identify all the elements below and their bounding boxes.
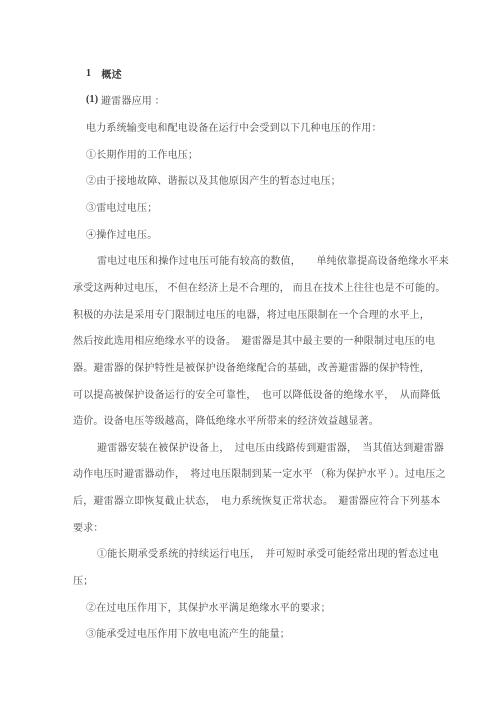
text-line: 承受这两种过电压， 不但在经济上是不合理的， 而且在技术上往往也是不可能的。 bbox=[73, 273, 443, 300]
text-line: 1 概述 bbox=[73, 60, 443, 87]
text-line: 器。避雷器的保护特性是被保护设备绝缘配合的基础，改善避雷器的保护特性， bbox=[73, 353, 443, 380]
text-line: 然后按此选用相应绝缘水平的设备。 避雷器是其中最主要的一种限制过电压的电 bbox=[73, 326, 443, 353]
line-number-prefix: (1) bbox=[86, 94, 98, 105]
text-line: ①长期作用的工作电压； bbox=[73, 140, 443, 167]
text-line: ②由于接地故障、谐振以及其他原因产生的暂态过电压； bbox=[73, 167, 443, 194]
text-line: (1) 避雷器应用 ： bbox=[73, 87, 443, 114]
text-line: 压； bbox=[73, 566, 443, 593]
text-line: 雷电过电压和操作过电压可能有较高的数值， 单纯依靠提高设备绝缘水平来 bbox=[73, 246, 443, 273]
text-line: ③能承受过电压作用下放电电流产生的能量； bbox=[73, 619, 443, 646]
text-line: 造价。设备电压等级越高，降低绝缘水平所带来的经济效益越显著。 bbox=[73, 406, 443, 433]
text-line: 要求： bbox=[73, 513, 443, 540]
text-line: ②在过电压作用下，其保护水平满足绝缘水平的要求； bbox=[73, 593, 443, 620]
text-line: 动作电压时避雷器动作， 将过电压限制到某一定水平 （称为保护水平 ）。过电压之 bbox=[73, 460, 443, 487]
text-line: 可以提高被保护设备运行的安全可靠性， 也可以降低设备的绝缘水平， 从而降低 bbox=[73, 380, 443, 407]
text-line: ③雷电过电压； bbox=[73, 193, 443, 220]
text-line: 积极的办法是采用专门限制过电压的电器，将过电压限制在一个合理的水平上， bbox=[73, 300, 443, 327]
text-line: 后，避雷器立即恢复截止状态， 电力系统恢复正常状态。 避雷器应符合下列基本 bbox=[73, 486, 443, 513]
document-text-block: 1 概述(1) 避雷器应用 ：电力系统输变电和配电设备在运行中会受到以下几种电压… bbox=[73, 60, 443, 646]
line-number-prefix: 1 bbox=[86, 68, 91, 79]
text-line: ④操作过电压。 bbox=[73, 220, 443, 247]
text-line: ①能长期承受系统的持续运行电压， 并可短时承受可能经常出现的暂态过电 bbox=[73, 540, 443, 567]
text-line: 避雷器安装在被保护设备上， 过电压由线路传到避雷器， 当其值达到避雷器 bbox=[73, 433, 443, 460]
document-page: 1 概述(1) 避雷器应用 ：电力系统输变电和配电设备在运行中会受到以下几种电压… bbox=[0, 0, 500, 707]
text-line: 电力系统输变电和配电设备在运行中会受到以下几种电压的作用： bbox=[73, 113, 443, 140]
